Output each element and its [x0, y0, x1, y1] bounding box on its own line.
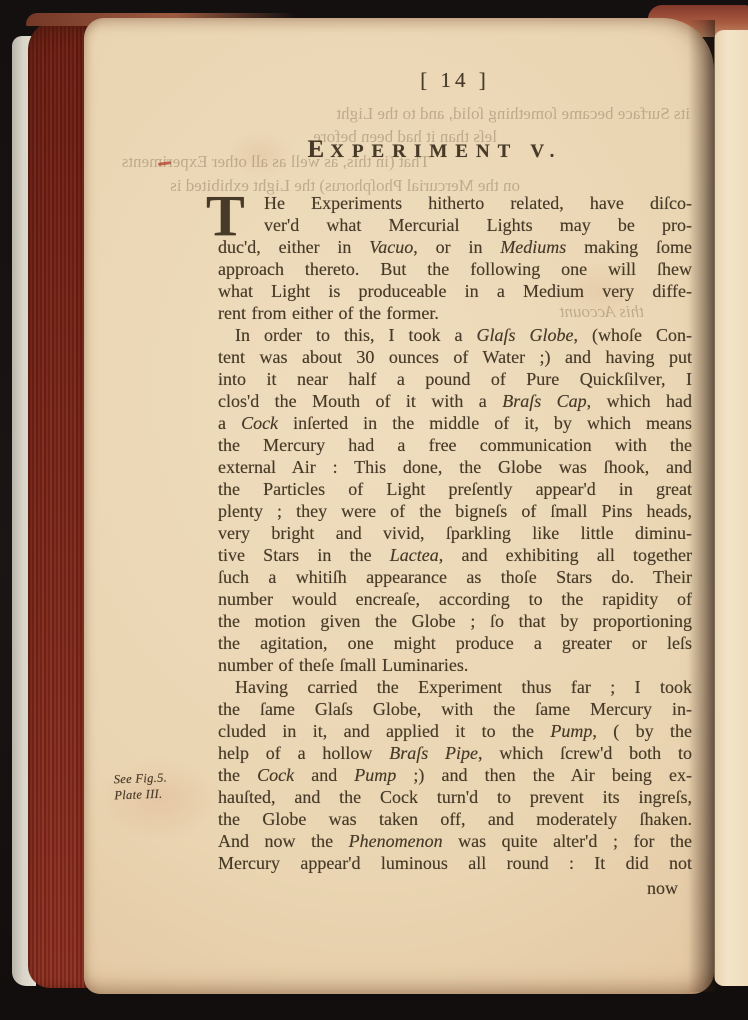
text-line: approach thereto. But the following one …	[218, 258, 692, 280]
italic-text-run: Glaſs Globe	[477, 325, 574, 345]
drop-cap: T	[206, 192, 245, 239]
text-line: what Light is produceable in a Medium ve…	[218, 280, 692, 302]
text-run: clos'd the Mouth of it with a	[218, 391, 502, 411]
text-run: He Experiments hitherto related, have di…	[264, 193, 692, 213]
text-run: the Globe was taken off, and moderately …	[218, 809, 692, 829]
text-run: number of theſe ſmall Luminaries.	[218, 655, 468, 675]
text-line: clos'd the Mouth of it with a Braſs Cap,…	[218, 390, 692, 412]
text-run: the ſame Glaſs Globe, with the ſame Merc…	[218, 699, 692, 719]
text-run: the motion given the Globe ; ſo that by …	[218, 611, 692, 631]
text-line: plenty ; they were of the bigneſs of ſma…	[218, 500, 692, 522]
italic-text-run: Braſs Pipe	[389, 743, 478, 763]
text-run: Having carried the Experiment thus far ;…	[235, 677, 692, 697]
margin-note: See Fig.5. Plate III.	[113, 769, 194, 804]
red-stained-fore-edge	[28, 20, 92, 988]
italic-text-run: Pump	[354, 765, 396, 785]
text-run: rent from either of the former.	[218, 303, 439, 323]
facing-page-edge	[714, 30, 748, 986]
text-run: , which ſcrew'd both to	[478, 743, 692, 763]
text-line: the motion given the Globe ; ſo that by …	[218, 610, 692, 632]
text-line: In order to this, I took a Glaſs Globe, …	[218, 324, 692, 346]
text-run: number would encreaſe, according to the …	[218, 589, 692, 609]
text-run: the	[218, 765, 257, 785]
text-run: tive Stars in the	[218, 545, 390, 565]
text-run: was quite alter'd ; for the	[443, 831, 692, 851]
text-line: rent from either of the former.	[218, 302, 692, 324]
text-run: the Particles of Light preſently appear'…	[218, 479, 692, 499]
text-run: cluded in it, and applied it to the	[218, 721, 550, 741]
text-line: the Particles of Light preſently appear'…	[218, 478, 692, 500]
text-run: the agitation, one might produce a great…	[218, 633, 692, 653]
text-line: And now the Phenomenon was quite alter'd…	[218, 830, 692, 852]
text-run: hauſted, and the Cock turn'd to prevent …	[218, 787, 692, 807]
text-run: , and exhibiting all together	[439, 545, 692, 565]
text-run: very bright and vivid, ſparkling like li…	[218, 523, 692, 543]
text-run: making ſome	[566, 237, 692, 257]
catchword: now	[218, 878, 692, 899]
text-line: ſuch a whitiſh appearance as thoſe Stars…	[218, 566, 692, 588]
text-run: tent was about 30 ounces of Water ;) and…	[218, 347, 692, 367]
text-run: ſuch a whitiſh appearance as thoſe Stars…	[218, 567, 692, 587]
margin-note-line: Plate III.	[114, 785, 195, 804]
text-run: into it near half a pound of Pure Quickſ…	[218, 369, 692, 389]
text-run: the Mercury had a free communication wit…	[218, 435, 692, 455]
text-line: He Experiments hitherto related, have di…	[218, 192, 692, 214]
text-run: approach thereto. But the following one …	[218, 259, 692, 279]
text-line: ver'd what Mercurial Lights may be pro-	[218, 214, 692, 236]
text-line: duc'd, either in Vacuo, or in Mediums ma…	[218, 236, 692, 258]
italic-text-run: Vacuo	[369, 237, 413, 257]
text-line: external Air : This done, the Globe was …	[218, 456, 692, 478]
text-run: In order to this, I took a	[235, 325, 477, 345]
text-line: tent was about 30 ounces of Water ;) and…	[218, 346, 692, 368]
text-run: what Light is produceable in a Medium ve…	[218, 281, 692, 301]
text-line: into it near half a pound of Pure Quickſ…	[218, 368, 692, 390]
text-run: external Air : This done, the Globe was …	[218, 457, 692, 477]
text-run: , which had	[587, 391, 692, 411]
text-line: number of theſe ſmall Luminaries.	[218, 654, 692, 676]
italic-text-run: Phenomenon	[349, 831, 443, 851]
text-line: the Globe was taken off, and moderately …	[218, 808, 692, 830]
book-page: its Surface became ſomething ſolid, and …	[84, 18, 714, 994]
body-text: T He Experiments hitherto related, have …	[218, 192, 692, 874]
italic-text-run: Braſs Cap	[502, 391, 586, 411]
text-run: And now the	[218, 831, 349, 851]
text-line: help of a hollow Braſs Pipe, which ſcrew…	[218, 742, 692, 764]
italic-text-run: Pump	[550, 721, 592, 741]
text-line: Having carried the Experiment thus far ;…	[218, 676, 692, 698]
text-line: the ſame Glaſs Globe, with the ſame Merc…	[218, 698, 692, 720]
italic-text-run: Cock	[241, 413, 278, 433]
text-run: and	[294, 765, 354, 785]
text-line: hauſted, and the Cock turn'd to prevent …	[218, 786, 692, 808]
text-line: Mercury appear'd luminous all round : It…	[218, 852, 692, 874]
text-line: a Cock inſerted in the middle of it, by …	[218, 412, 692, 434]
text-line: very bright and vivid, ſparkling like li…	[218, 522, 692, 544]
text-run: , (whoſe Con-	[574, 325, 693, 345]
page-gutter-crease	[688, 20, 715, 992]
text-line: number would encreaſe, according to the …	[218, 588, 692, 610]
italic-text-run: Cock	[257, 765, 294, 785]
text-line: cluded in it, and applied it to the Pump…	[218, 720, 692, 742]
italic-text-run: Mediums	[500, 237, 566, 257]
italic-text-run: Lactea	[390, 545, 439, 565]
text-run: Mercury appear'd luminous all round : It…	[218, 853, 692, 873]
text-line: tive Stars in the Lactea, and exhibiting…	[218, 544, 692, 566]
ghost-line: its Surface became ſomething ſolid, and …	[336, 104, 690, 124]
text-run: help of a hollow	[218, 743, 389, 763]
text-line: the Cock and Pump ;) and then the Air be…	[218, 764, 692, 786]
text-run: , ( by the	[592, 721, 692, 741]
text-run: , or in	[413, 237, 500, 257]
text-run: plenty ; they were of the bigneſs of ſma…	[218, 501, 692, 521]
experiment-heading: Experiment V.	[198, 136, 672, 164]
page-number: [ 14 ]	[218, 68, 692, 93]
text-run: ;) and then the Air being ex-	[396, 765, 692, 785]
text-run: ver'd what Mercurial Lights may be pro-	[264, 215, 692, 235]
text-run: inſerted in the middle of it, by which m…	[278, 413, 692, 433]
text-run: a	[218, 413, 241, 433]
red-ink-mark	[158, 161, 171, 166]
text-line: the agitation, one might produce a great…	[218, 632, 692, 654]
text-line: the Mercury had a free communication wit…	[218, 434, 692, 456]
